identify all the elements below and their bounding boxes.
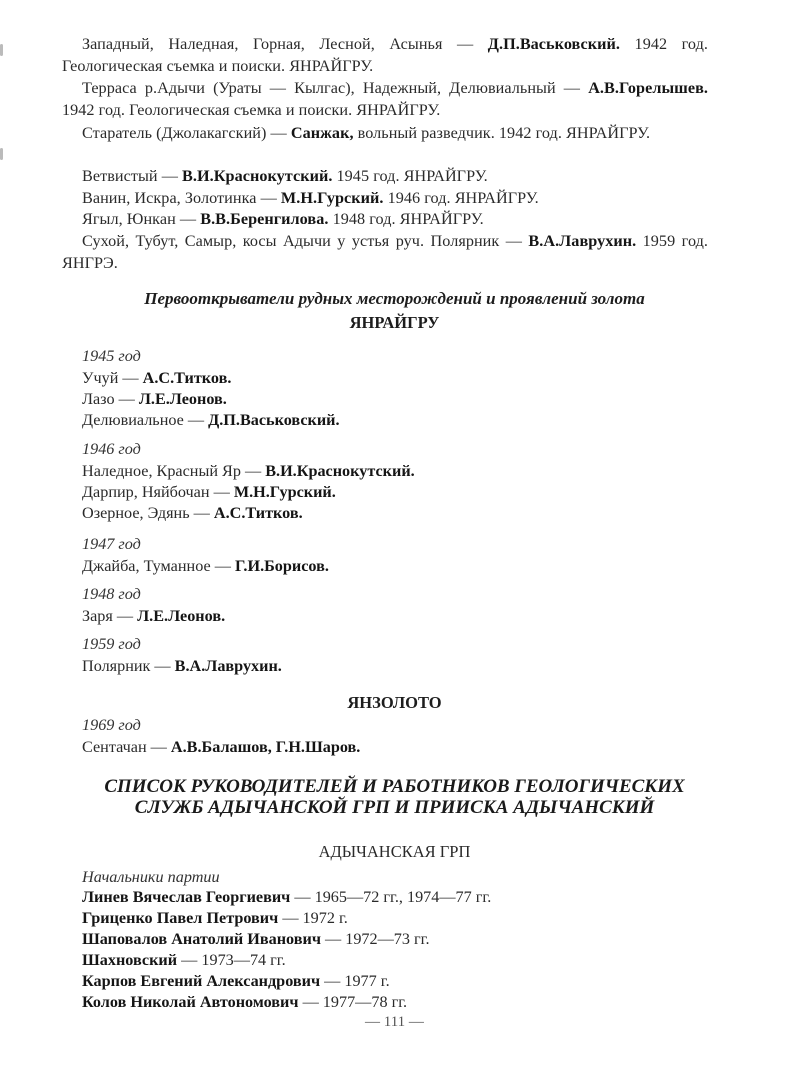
- discoverer-name: В.В.Беренгилова.: [200, 210, 328, 228]
- places-text: Заря —: [82, 607, 137, 625]
- staff-period: — 1977 г.: [320, 972, 390, 990]
- org-heading-yanzoloto: ЯНЗОЛОТО: [0, 693, 789, 713]
- staff-name: Гриценко Павел Петрович: [82, 909, 278, 927]
- staff-entry: Гриценко Павел Петрович — 1972 г.: [82, 909, 348, 928]
- year-label: 1969 год: [82, 716, 141, 735]
- discovery-entry: Полярник — В.А.Лаврухин.: [82, 656, 282, 677]
- details-text: 1942 год. Геологическая съемка и поиски.…: [62, 101, 440, 119]
- year-label: 1947 год: [82, 535, 141, 554]
- scan-mark: [0, 44, 3, 56]
- staff-entry: Шахновский — 1973—74 гг.: [82, 951, 286, 970]
- places-text: Сухой, Тубут, Самыр, косы Адычи у устья …: [82, 232, 528, 250]
- places-text: Учуй —: [82, 369, 143, 387]
- staff-entry: Карпов Евгений Александрович — 1977 г.: [82, 972, 390, 991]
- staff-period: — 1965—72 гг., 1974—77 гг.: [290, 888, 491, 906]
- discoverer-name: М.Н.Гурский.: [281, 189, 384, 207]
- discovery-entry: Наледное, Красный Яр — В.И.Краснокутский…: [82, 461, 415, 482]
- ore-section-title: Первооткрыватели рудных месторождений и …: [0, 289, 789, 309]
- intro-paragraph: Сухой, Тубут, Самыр, косы Адычи у устья …: [62, 231, 708, 274]
- places-text: Сентачан —: [82, 738, 171, 756]
- places-text: Ванин, Искра, Золотинка —: [82, 189, 281, 207]
- staff-period: — 1972—73 гг.: [321, 930, 430, 948]
- staff-name: Колов Николай Автономович: [82, 993, 299, 1011]
- discoverer-name: А.В.Горелышев.: [588, 79, 708, 97]
- scan-mark: [0, 148, 3, 160]
- places-text: Озерное, Эдянь —: [82, 504, 214, 522]
- org-heading-yanraigru: ЯНРАЙГРУ: [0, 313, 789, 333]
- staff-entry: Линев Вячеслав Георгиевич — 1965—72 гг.,…: [82, 888, 491, 907]
- intro-paragraph: Ветвистый — В.И.Краснокутский. 1945 год.…: [62, 166, 708, 188]
- intro-paragraph: Ягыл, Юнкан — В.В.Беренгилова. 1948 год.…: [62, 209, 708, 231]
- intro-paragraph: Терраса р.Адычи (Ураты — Кылгас), Надежн…: [62, 78, 708, 121]
- places-text: Лазо —: [82, 390, 139, 408]
- discoverer-name: Л.Е.Леонов.: [139, 390, 227, 408]
- staff-entry: Колов Николай Автономович — 1977—78 гг.: [82, 993, 407, 1012]
- staff-section-title-line1: СПИСОК РУКОВОДИТЕЛЕЙ И РАБОТНИКОВ ГЕОЛОГ…: [0, 776, 789, 797]
- details-text: вольный разведчик. 1942 год. ЯНРАЙГРУ.: [354, 124, 651, 142]
- year-label: 1946 год: [82, 440, 141, 459]
- discovery-entry: Лазо — Л.Е.Леонов.: [82, 389, 227, 410]
- places-text: Западный, Наледная, Горная, Лесной, Асын…: [82, 35, 488, 53]
- staff-period: — 1972 г.: [278, 909, 348, 927]
- staff-section-title-line2: СЛУЖБ АДЫЧАНСКОЙ ГРП И ПРИИСКА АДЫЧАНСКИ…: [0, 797, 789, 818]
- discovery-entry: Джайба, Туманное — Г.И.Борисов.: [82, 556, 329, 577]
- discovery-entry: Заря — Л.Е.Леонов.: [82, 606, 225, 627]
- intro-paragraph: Ванин, Искра, Золотинка — М.Н.Гурский. 1…: [62, 188, 708, 210]
- document-page: Западный, Наледная, Горная, Лесной, Асын…: [0, 0, 789, 1081]
- role-label: Начальники партии: [82, 868, 220, 887]
- places-text: Ягыл, Юнкан —: [82, 210, 200, 228]
- discovery-entry: Делювиальное — Д.П.Васьковский.: [82, 410, 340, 431]
- places-text: Джайба, Туманное —: [82, 557, 235, 575]
- places-text: Терраса р.Адычи (Ураты — Кылгас), Надежн…: [82, 79, 588, 97]
- discovery-entry: Дарпир, Няйбочан — М.Н.Гурский.: [82, 482, 336, 503]
- discoverer-name: Д.П.Васьковский.: [208, 411, 339, 429]
- places-text: Ветвистый —: [82, 167, 182, 185]
- places-text: Наледное, Красный Яр —: [82, 462, 265, 480]
- intro-paragraph: Старатель (Джолакагский) — Санжак, вольн…: [62, 123, 708, 145]
- staff-name: Карпов Евгений Александрович: [82, 972, 320, 990]
- places-text: Делювиальное —: [82, 411, 208, 429]
- page-number: — 111 —: [0, 1014, 789, 1031]
- staff-period: — 1973—74 гг.: [177, 951, 286, 969]
- staff-period: — 1977—78 гг.: [299, 993, 408, 1011]
- discoverer-name: Г.И.Борисов.: [235, 557, 329, 575]
- discoverer-name: Д.П.Васьковский.: [488, 35, 620, 53]
- discoverer-name: В.И.Краснокутский.: [265, 462, 414, 480]
- places-text: Полярник —: [82, 657, 175, 675]
- discovery-entry: Озерное, Эдянь — А.С.Титков.: [82, 503, 303, 524]
- staff-name: Шаповалов Анатолий Иванович: [82, 930, 321, 948]
- staff-name: Линев Вячеслав Георгиевич: [82, 888, 290, 906]
- intro-paragraph: Западный, Наледная, Горная, Лесной, Асын…: [62, 34, 708, 77]
- details-text: 1946 год. ЯНРАЙГРУ.: [383, 189, 538, 207]
- places-text: Старатель (Джолакагский) —: [82, 124, 291, 142]
- discoverer-name: А.С.Титков.: [143, 369, 232, 387]
- details-text: 1948 год. ЯНРАЙГРУ.: [328, 210, 483, 228]
- discoverer-name: Л.Е.Леонов.: [137, 607, 225, 625]
- staff-entry: Шаповалов Анатолий Иванович — 1972—73 гг…: [82, 930, 430, 949]
- discovery-entry: Учуй — А.С.Титков.: [82, 368, 231, 389]
- unit-heading: АДЫЧАНСКАЯ ГРП: [0, 842, 789, 862]
- discoverer-name: В.А.Лаврухин.: [175, 657, 282, 675]
- staff-name: Шахновский: [82, 951, 177, 969]
- discoverer-name: В.А.Лаврухин.: [528, 232, 636, 250]
- year-label: 1948 год: [82, 585, 141, 604]
- discoverer-name: А.В.Балашов, Г.Н.Шаров.: [171, 738, 360, 756]
- details-text: 1945 год. ЯНРАЙГРУ.: [332, 167, 487, 185]
- discoverer-name: А.С.Титков.: [214, 504, 303, 522]
- discovery-entry: Сентачан — А.В.Балашов, Г.Н.Шаров.: [82, 737, 360, 758]
- discoverer-name: В.И.Краснокутский.: [182, 167, 332, 185]
- discoverer-name: М.Н.Гурский.: [234, 483, 336, 501]
- discoverer-name: Санжак,: [291, 124, 354, 142]
- places-text: Дарпир, Няйбочан —: [82, 483, 234, 501]
- year-label: 1945 год: [82, 347, 141, 366]
- year-label: 1959 год: [82, 635, 141, 654]
